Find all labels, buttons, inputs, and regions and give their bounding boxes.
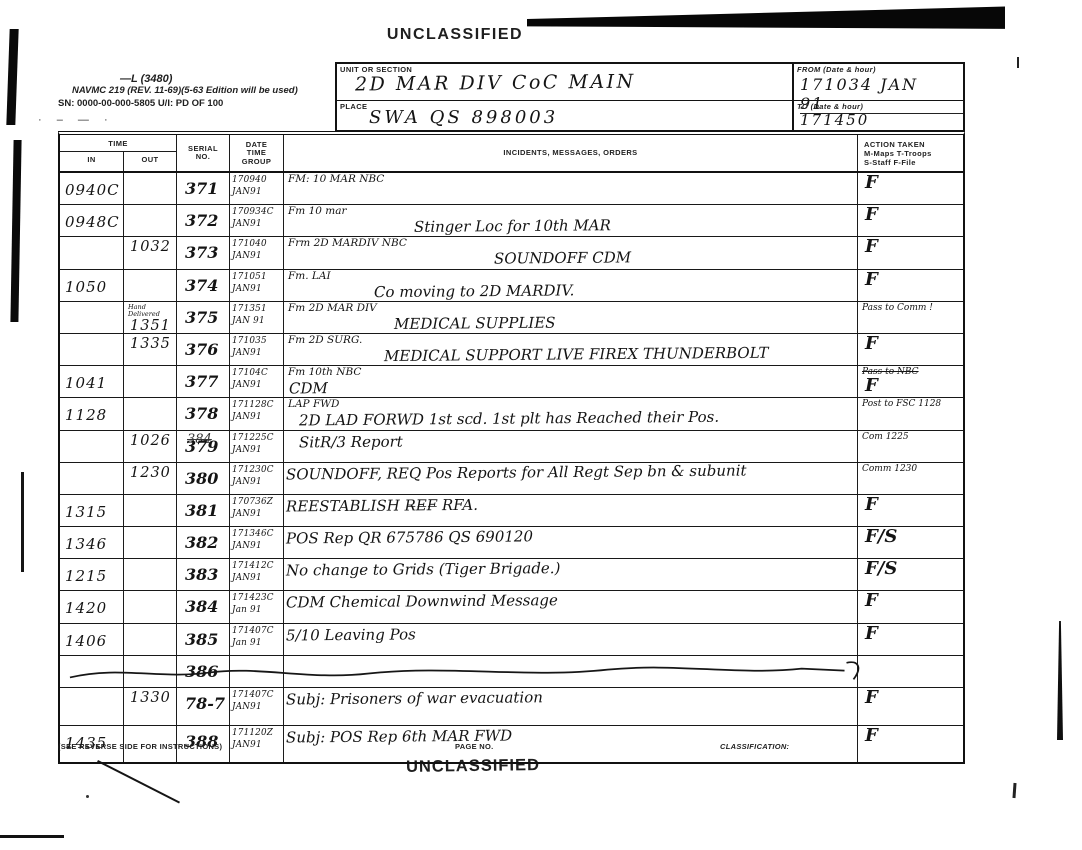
time-in-cell: 1406 [60,624,124,655]
action-note: Comm 1230 [862,464,963,474]
serial-value: 371 [185,179,218,198]
message-cell: CDM Chemical Downwind Message [284,591,858,622]
table-row: 1050374171051JAN91Fm. LAICo moving to 2D… [60,270,963,302]
time-out-value: 1026 [130,433,176,449]
serial-value: 78-7 [185,694,225,713]
form-number-block: —L (3480) NAVMC 219 (REV. 11-69)(5-63 Ed… [58,74,348,109]
serial-cell: 377 [177,366,230,397]
serial-value: 385 [185,630,218,649]
message-cell: Fm 2D SURG.MEDICAL SUPPORT LIVE FIREX TH… [284,334,858,365]
action-cell: F [858,173,963,204]
to-label: TO (Date & hour) [797,102,863,111]
time-in-cell: 1215 [60,559,124,590]
action-cell: F [858,205,963,236]
action-value: F [865,335,878,353]
action-cell: F [858,334,963,365]
time-out-cell: 1032 [124,237,177,268]
dtg-cell: 171035JAN91 [230,334,284,365]
table-row: 1032373171040JAN91Frm 2D MARDIV NBCSOUND… [60,237,963,269]
dtg-cell: 17104CJAN91 [230,366,284,397]
action-cell: Comm 1230 [858,463,963,494]
dtg-value: 171407C [232,625,283,637]
dtg-month: Jan 91 [232,604,283,616]
dtg-month: JAN91 [232,186,283,198]
action-note: Post to FSC 1128 [862,399,963,409]
time-out-cell [124,559,177,590]
dtg-value: 170736Z [232,496,283,508]
message-text-line: Subj: Prisoners of war evacuation [286,687,857,709]
message-cell: Frm 2D MARDIV NBCSOUNDOFF CDM [284,237,858,268]
table-row: 386 [60,656,963,688]
form-stock-number: SN: 0000-00-000-5805 U/I: PD OF 100 [58,98,348,109]
time-in-value: 1215 [65,567,107,585]
table-row: 1406385171407CJan 915/10 Leaving PosF [60,624,963,656]
action-cell: F/S [858,559,963,590]
dtg-month: JAN91 [232,701,283,713]
serial-cell: 379384 [177,431,230,462]
action-value: F [865,625,878,643]
scan-artifact-bottom-left-line [0,835,64,838]
header-box: UNIT OR SECTION 2D MAR DIV CoC MAIN PLAC… [335,62,965,132]
incidents-header-label: INCIDENTS, MESSAGES, ORDERS [503,149,637,158]
time-out-cell [124,527,177,558]
message-cell: 5/10 Leaving Pos [284,624,858,655]
header-left-pane: UNIT OR SECTION 2D MAR DIV CoC MAIN PLAC… [337,64,792,130]
message-cell: SitR/3 Report [284,431,858,462]
serial-cell: 384 [177,591,230,622]
message-source-line: FM: 10 MAR NBC [288,174,857,185]
dtg-column-header: DATE TIME GROUP [230,135,284,171]
dtg-header-line3: GROUP [242,158,272,167]
serial-cell: 380 [177,463,230,494]
dtg-cell: 170940JAN91 [230,173,284,204]
serial-cell: 371 [177,173,230,204]
time-out-cell [124,205,177,236]
dtg-month: JAN91 [232,283,283,295]
message-text-line: MEDICAL SUPPLIES [394,312,857,333]
table-row: Hand Delivered1351375171351JAN 91Fm 2D M… [60,302,963,334]
table-row: 1026379384171225CJAN91SitR/3 ReportCom 1… [60,431,963,463]
incidents-column-header: INCIDENTS, MESSAGES, ORDERS [284,135,858,171]
scan-artifact-left-bar-1 [6,29,18,125]
dtg-cell: 171407CJAN91 [230,688,284,725]
serial-cell: 386 [177,656,230,687]
message-text-line: No change to Grids (Tiger Brigade.) [286,558,857,580]
footer-strip: (SEE REVERSE SIDE FOR INSTRUCTIONS) PAGE… [58,742,965,756]
message-cell [284,656,858,687]
action-value: F [865,271,878,289]
action-cell: F [858,270,963,301]
serial-value: 384 [185,597,218,616]
time-out-value: 1230 [130,465,176,481]
serial-cell: 375 [177,302,230,333]
message-text-line [284,654,857,659]
dtg-month: JAN91 [232,411,283,423]
time-in-cell [60,463,124,494]
action-value: F/S [865,560,897,578]
action-header-line2: M-Maps T-Troops [864,149,932,158]
table-row: 1230380171230CJAN91SOUNDOFF, REQ Pos Rep… [60,463,963,495]
time-in-value: 0948C [65,213,120,231]
message-cell: POS Rep QR 675786 QS 690120 [284,527,858,558]
dtg-month: Jan 91 [232,637,283,649]
action-column-header: ACTION TAKEN M-Maps T-Troops S-Staff F-F… [858,135,963,171]
message-text-line: REESTABLISH R̶E̶F̶ RFA. [286,493,857,515]
table-header-row: TIME IN OUT SERIAL NO. DATE TIME GROUP I… [60,135,963,173]
serial-cell: 374 [177,270,230,301]
action-cell: Com 1225 [858,431,963,462]
dtg-month: JAN 91 [232,315,283,327]
unit-value: 2D MAR DIV CoC MAIN [355,71,636,96]
dtg-month: JAN91 [232,572,283,584]
message-text-line: 5/10 Leaving Pos [286,622,857,644]
time-in-cell [60,302,124,333]
place-field: PLACE SWA QS 898003 [337,101,792,130]
stray-pen-stroke [97,760,180,804]
form-series: —L (3480) [120,74,348,85]
serial-value: 382 [185,533,218,552]
dtg-value: 170934C [232,206,283,218]
message-text-line: MEDICAL SUPPORT LIVE FIREX THUNDERBOLT [384,344,857,365]
scan-artifact-right-bar [1057,621,1063,740]
message-cell: FM: 10 MAR NBC [284,173,858,204]
time-in-cell: 0940C [60,173,124,204]
message-text-line: CDM [289,376,857,398]
serial-value: 381 [185,501,218,520]
form-edition: NAVMC 219 (REV. 11-69)(5-63 Edition will… [72,85,348,96]
dtg-cell: 171051JAN91 [230,270,284,301]
message-text-line: 2D LAD FORWD 1st scd. 1st plt has Reache… [299,408,857,430]
dtg-month: JAN91 [232,218,283,230]
journal-log-table: TIME IN OUT SERIAL NO. DATE TIME GROUP I… [58,131,965,764]
action-note: Com 1225 [862,432,963,442]
time-in-cell [60,237,124,268]
serial-column-header: SERIAL NO. [177,135,230,171]
dtg-cell: 171040JAN91 [230,237,284,268]
time-out-cell: Hand Delivered1351 [124,302,177,333]
unit-or-section-field: UNIT OR SECTION 2D MAR DIV CoC MAIN [337,64,792,101]
serial-value: 380 [185,469,218,488]
serial-struck-value: 384 [187,432,212,447]
time-in-cell [60,656,124,687]
action-cell: F [858,688,963,725]
action-value: F [865,377,878,395]
dtg-value: 171120Z [232,727,283,739]
header-right-pane: FROM (Date & hour) 171034 JAN 91 TO (Dat… [792,64,963,130]
message-cell: SOUNDOFF, REQ Pos Reports for All Regt S… [284,463,858,494]
to-value: 171450 [800,111,869,129]
action-cell: F [858,495,963,526]
action-cell: F/S [858,527,963,558]
serial-cell: 376 [177,334,230,365]
serial-cell: 373 [177,237,230,268]
time-in-value: 1315 [65,503,107,521]
time-out-cell: 1230 [124,463,177,494]
message-text-line: CDM Chemical Downwind Message [286,590,857,612]
action-cell: Pass to Comm ! [858,302,963,333]
dtg-value: 171412C [232,560,283,572]
time-in-value: 1346 [65,535,107,553]
time-column-header: TIME IN OUT [60,135,177,171]
message-text-line: Stinger Loc for 10th MAR [414,215,857,236]
time-in-cell: 1420 [60,591,124,622]
scan-artifact-left-line [21,472,24,572]
dtg-value: 170940 [232,174,283,186]
message-cell: LAP FWD2D LAD FORWD 1st scd. 1st plt has… [284,398,858,429]
dtg-month: JAN91 [232,540,283,552]
time-in-cell [60,431,124,462]
dtg-cell: 171230CJAN91 [230,463,284,494]
message-cell: REESTABLISH R̶E̶F̶ RFA. [284,495,858,526]
time-out-value: 1032 [130,239,176,255]
time-out-cell: 1330 [124,688,177,725]
serial-cell: 372 [177,205,230,236]
serial-value: 377 [185,372,218,391]
action-note: Pass to Comm ! [862,303,963,313]
dtg-month: JAN91 [232,508,283,520]
table-row: 104137717104CJAN91Fm 10th NBCCDMPass to … [60,366,963,398]
place-value: SWA QS 898003 [369,107,558,128]
dtg-value: 171230C [232,464,283,476]
time-out-cell: 1026 [124,431,177,462]
time-subheaders: IN OUT [60,152,176,171]
message-cell: Subj: Prisoners of war evacuation [284,688,858,725]
scan-artifact-dot [86,795,89,798]
time-out-cell [124,173,177,204]
action-cell: Post to FSC 1128 [858,398,963,429]
time-out-cell [124,656,177,687]
time-in-cell: 1050 [60,270,124,301]
time-in-value: 0940C [65,181,120,199]
out-column-header: OUT [124,152,176,171]
dtg-month: JAN91 [232,379,283,391]
time-header-label: TIME [60,135,176,152]
time-out-cell [124,366,177,397]
time-out-cell [124,591,177,622]
action-cell: F [858,624,963,655]
serial-value: 386 [185,662,218,681]
dtg-cell: 171346CJAN91 [230,527,284,558]
time-out-value: 1330 [130,690,176,706]
scanned-journal-document: { "classification": { "top": "UNCLASSIFI… [0,0,1082,850]
serial-cell: 385 [177,624,230,655]
dtg-month: JAN91 [232,347,283,359]
footer-page-no: PAGE NO. [455,742,494,751]
action-cell: F [858,237,963,268]
table-row: 1335376171035JAN91Fm 2D SURG.MEDICAL SUP… [60,334,963,366]
dtg-value: 171351 [232,303,283,315]
time-in-cell: 1315 [60,495,124,526]
scan-artifact-right-tick [1017,57,1019,68]
serial-cell: 381 [177,495,230,526]
dtg-month: JAN91 [232,476,283,488]
action-cell: F [858,591,963,622]
time-in-cell: 1128 [60,398,124,429]
time-out-value: 1335 [130,336,176,352]
dtg-value: 171346C [232,528,283,540]
dtg-cell: 170736ZJAN91 [230,495,284,526]
table-body: 0940C371170940JAN91FM: 10 MAR NBCF0948C3… [60,173,963,762]
dtg-value: 17104C [232,367,283,379]
message-cell: Fm 10 marStinger Loc for 10th MAR [284,205,858,236]
message-text-line: Co moving to 2D MARDIV. [374,279,857,300]
dtg-value: 171051 [232,271,283,283]
time-in-cell: 0948C [60,205,124,236]
message-text-line: SitR/3 Report [299,429,857,451]
action-header-line3: S-Staff F-File [864,158,916,167]
action-value: F [865,496,878,514]
action-value: F [865,206,878,224]
time-in-value: 1406 [65,632,107,650]
action-cell [858,656,963,687]
time-in-cell [60,334,124,365]
table-row: 1315381170736ZJAN91REESTABLISH R̶E̶F̶ RF… [60,495,963,527]
message-cell: Fm. LAICo moving to 2D MARDIV. [284,270,858,301]
message-text-line: POS Rep QR 675786 QS 690120 [286,526,857,548]
table-row: 1128378171128CJAN91LAP FWD2D LAD FORWD 1… [60,398,963,430]
message-cell: No change to Grids (Tiger Brigade.) [284,559,858,590]
hand-delivered-note: Hand Delivered [128,304,176,318]
time-out-cell [124,624,177,655]
time-in-value: 1050 [65,278,107,296]
serial-header-line2: NO. [196,153,211,162]
message-text-line: SOUNDOFF, REQ Pos Reports for All Regt S… [286,461,857,483]
serial-cell: 383 [177,559,230,590]
action-value: F [865,174,878,192]
time-in-cell: 1041 [60,366,124,397]
time-in-value: 1128 [65,406,107,424]
dtg-value: 171128C [232,399,283,411]
to-date-field: TO (Date & hour) 171450 [794,101,963,130]
from-date-field: FROM (Date & hour) 171034 JAN 91 [794,64,963,101]
action-value: F [865,689,878,707]
time-in-cell [60,688,124,725]
time-out-cell: 1335 [124,334,177,365]
action-value: F [865,238,878,256]
time-out-cell [124,270,177,301]
action-header-line1: ACTION TAKEN [864,140,925,149]
table-row: 0948C372170934CJAN91Fm 10 marStinger Loc… [60,205,963,237]
time-out-cell [124,398,177,429]
dtg-value: 171035 [232,335,283,347]
dtg-cell: 171351JAN 91 [230,302,284,333]
footer-classification-label: CLASSIFICATION: [720,742,789,751]
dtg-cell: 171407CJan 91 [230,624,284,655]
dtg-cell: 171225CJAN91 [230,431,284,462]
table-row: 133078-7171407CJAN91Subj: Prisoners of w… [60,688,963,726]
dtg-value: 171407C [232,689,283,701]
scan-artifact-top-bar [527,5,1005,31]
time-in-value: 1041 [65,374,107,392]
action-cell: Pass to NBCF [858,366,963,397]
serial-cell: 78-7 [177,688,230,725]
scan-artifact-left-bar-2 [10,140,21,322]
place-label: PLACE [340,102,367,111]
dtg-month: JAN91 [232,250,283,262]
time-in-cell: 1346 [60,527,124,558]
serial-value: 372 [185,211,218,230]
serial-value: 383 [185,565,218,584]
message-cell: Fm 2D MAR DIVMEDICAL SUPPLIES [284,302,858,333]
dtg-cell: 171412CJAN91 [230,559,284,590]
serial-cell: 378 [177,398,230,429]
dtg-cell: 171128CJAN91 [230,398,284,429]
serial-value: 374 [185,276,218,295]
serial-value: 375 [185,308,218,327]
stray-pen-marks: · – — · [38,114,114,126]
table-row: 1346382171346CJAN91POS Rep QR 675786 QS … [60,527,963,559]
message-text-line: SOUNDOFF CDM [494,248,857,268]
table-row: 1420384171423CJan 91CDM Chemical Downwin… [60,591,963,623]
message-cell: Fm 10th NBCCDM [284,366,858,397]
serial-value: 373 [185,243,218,262]
action-value: F/S [865,528,897,546]
serial-value: 378 [185,404,218,423]
serial-value: 376 [185,340,218,359]
dtg-value: 171225C [232,432,283,444]
footer-instructions: (SEE REVERSE SIDE FOR INSTRUCTIONS) [58,742,222,751]
dtg-value: 171423C [232,592,283,604]
time-out-value: 1351 [130,318,176,334]
dtg-cell: 171423CJan 91 [230,591,284,622]
dtg-month: JAN91 [232,444,283,456]
table-row: 0940C371170940JAN91FM: 10 MAR NBCF [60,173,963,205]
action-value: F [865,592,878,610]
serial-cell: 382 [177,527,230,558]
time-in-value: 1420 [65,599,107,617]
dtg-cell: 170934CJAN91 [230,205,284,236]
scan-artifact-bottom-right-tick [1012,783,1016,798]
dtg-cell [230,656,284,687]
time-out-cell [124,495,177,526]
from-label: FROM (Date & hour) [797,65,876,74]
dtg-value: 171040 [232,238,283,250]
classification-banner-top: UNCLASSIFIED [350,26,560,44]
table-row: 1215383171412CJAN91No change to Grids (T… [60,559,963,591]
in-column-header: IN [60,152,124,171]
